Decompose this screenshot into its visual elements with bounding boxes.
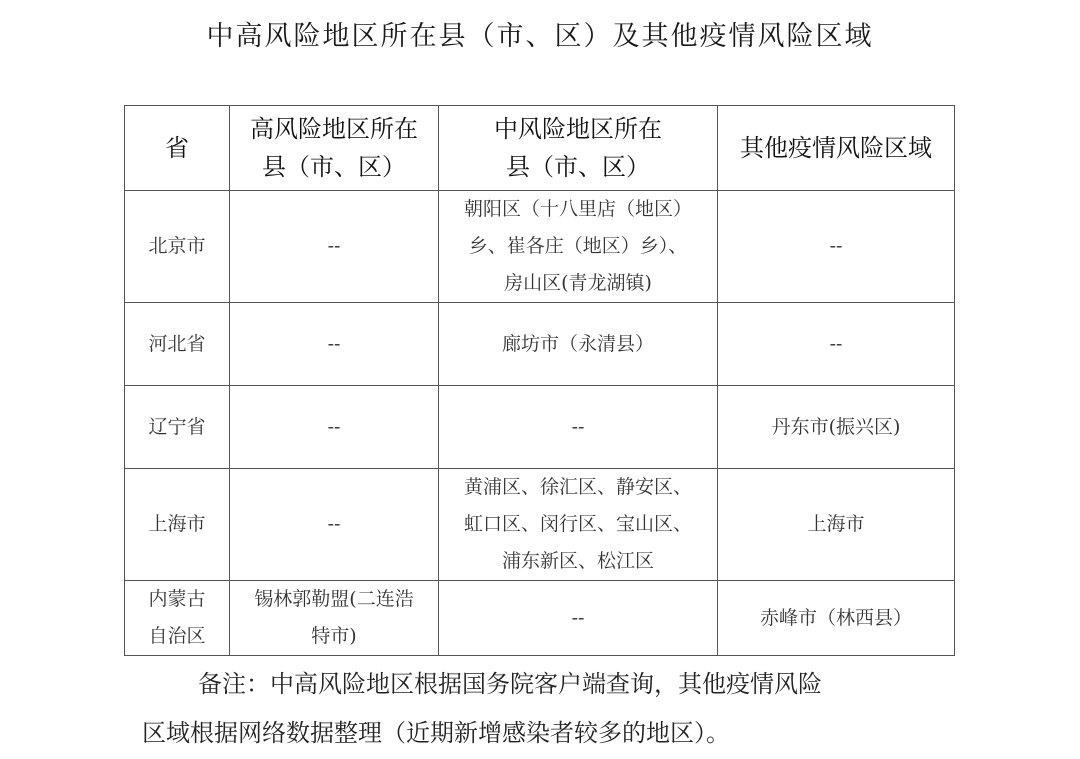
document-title: 中高风险地区所在县（市、区）及其他疫情风险区域: [0, 14, 1080, 53]
cell-province: 上海市: [125, 469, 230, 581]
header-other-risk: 其他疫情风险区域: [718, 106, 955, 191]
cell-high-risk: --: [230, 386, 439, 469]
cell-other-risk: --: [718, 303, 955, 386]
table-row: 内蒙古 自治区 锡林郭勒盟(二连浩 特市) -- 赤峰市（林西县）: [125, 581, 955, 656]
header-province: 省: [125, 106, 230, 191]
cell-high-risk: --: [230, 303, 439, 386]
cell-other-risk: 上海市: [718, 469, 955, 581]
cell-other-risk: 丹东市(振兴区): [718, 386, 955, 469]
cell-medium-risk: 黄浦区、徐汇区、静安区、 虹口区、闵行区、宝山区、 浦东新区、松江区: [439, 469, 718, 581]
cell-other-risk: --: [718, 191, 955, 303]
table-row: 上海市 -- 黄浦区、徐汇区、静安区、 虹口区、闵行区、宝山区、 浦东新区、松江…: [125, 469, 955, 581]
cell-other-risk: 赤峰市（林西县）: [718, 581, 955, 656]
cell-province: 河北省: [125, 303, 230, 386]
cell-province: 辽宁省: [125, 386, 230, 469]
header-medium-risk: 中风险地区所在 县（市、区）: [439, 106, 718, 191]
footnote-line-2: 区域根据网络数据整理（近期新增感染者较多的地区）。: [142, 709, 962, 758]
table-row: 河北省 -- 廊坊市（永清县） --: [125, 303, 955, 386]
cell-medium-risk: --: [439, 581, 718, 656]
table-header-row: 省 高风险地区所在 县（市、区） 中风险地区所在 县（市、区） 其他疫情风险区域: [125, 106, 955, 191]
cell-high-risk: --: [230, 191, 439, 303]
table-row: 北京市 -- 朝阳区（十八里店（地区） 乡、崔各庄（地区）乡）、 房山区(青龙湖…: [125, 191, 955, 303]
footnote: 备注：中高风险地区根据国务院客户端查询，其他疫情风险 区域根据网络数据整理（近期…: [142, 660, 962, 758]
risk-areas-table: 省 高风险地区所在 县（市、区） 中风险地区所在 县（市、区） 其他疫情风险区域…: [124, 105, 955, 656]
cell-province: 北京市: [125, 191, 230, 303]
cell-medium-risk: 廊坊市（永清县）: [439, 303, 718, 386]
footnote-line-1: 备注：中高风险地区根据国务院客户端查询，其他疫情风险: [142, 660, 962, 709]
cell-high-risk: 锡林郭勒盟(二连浩 特市): [230, 581, 439, 656]
cell-medium-risk: --: [439, 386, 718, 469]
cell-high-risk: --: [230, 469, 439, 581]
cell-province: 内蒙古 自治区: [125, 581, 230, 656]
cell-medium-risk: 朝阳区（十八里店（地区） 乡、崔各庄（地区）乡）、 房山区(青龙湖镇): [439, 191, 718, 303]
table-row: 辽宁省 -- -- 丹东市(振兴区): [125, 386, 955, 469]
header-high-risk: 高风险地区所在 县（市、区）: [230, 106, 439, 191]
